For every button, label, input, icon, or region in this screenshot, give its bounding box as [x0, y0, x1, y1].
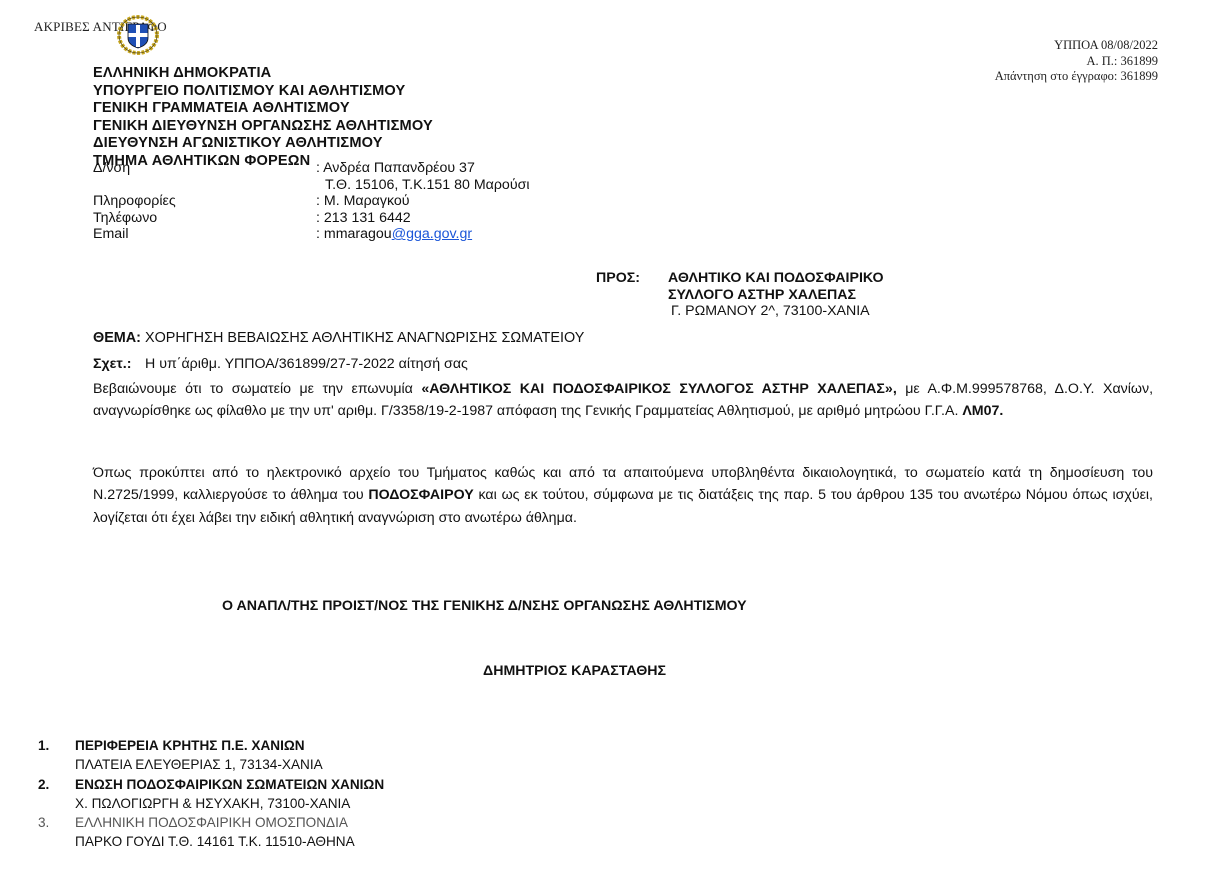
item-number: 3.	[38, 813, 75, 832]
list-item: 3. ΕΛΛΗΝΙΚΗ ΠΟΔΟΣΦΑΙΡΙΚΗ ΟΜΟΣΠΟΝΔΙΑ	[38, 813, 384, 832]
address-label: Δ/νση	[93, 160, 316, 177]
address-value-line2: Τ.Θ. 15106, Τ.Κ.151 80 Μαρούσι	[316, 177, 529, 194]
info-value: : Μ. Μαραγκού	[316, 193, 410, 210]
registry-number: ΛΜ07.	[962, 403, 1003, 419]
item-number: 1.	[38, 736, 75, 755]
recipient-address: Γ. ΡΩΜΑΝΟΥ 2^, 73100-ΧΑΝΙΑ	[596, 303, 884, 320]
signatory-title: Ο ΑΝΑΠΛ/ΤΗΣ ΠΡΟΙΣΤ/ΝΟΣ ΤΗΣ ΓΕΝΙΚΗΣ Δ/ΝΣΗ…	[222, 598, 747, 614]
authority-line: ΕΛΛΗΝΙΚΗ ΔΗΜΟΚΡΑΤΙΑ	[93, 65, 433, 83]
contact-details: Δ/νση : Ανδρέα Παπανδρέου 37 Τ.Θ. 15106,…	[93, 160, 529, 243]
protocol-date: ΥΠΠΟΑ 08/08/2022	[1054, 38, 1158, 53]
distribution-list: 1. ΠΕΡΙΦΕΡΕΙΑ ΚΡΗΤΗΣ Π.Ε. ΧΑΝΙΩΝ ΠΛΑΤΕΙΑ…	[38, 736, 384, 852]
club-name: «ΑΘΛΗΤΙΚΟΣ ΚΑΙ ΠΟΔΟΣΦΑΙΡΙΚΟΣ ΣΥΛΛΟΓΟΣ ΑΣ…	[421, 381, 896, 397]
item-number: 2.	[38, 775, 75, 794]
info-label: Πληροφορίες	[93, 193, 316, 210]
item-address: ΠΛΑΤΕΙΑ ΕΛΕΥΘΕΡΙΑΣ 1, 73134-ΧΑΝΙΑ	[38, 755, 384, 774]
address-value: : Ανδρέα Παπανδρέου 37	[316, 160, 475, 177]
subject-line: ΘΕΜΑ: ΧΟΡΗΓΗΣΗ ΒΕΒΑΙΩΣΗΣ ΑΘΛΗΤΙΚΗΣ ΑΝΑΓΝ…	[93, 330, 584, 346]
list-item: 1. ΠΕΡΙΦΕΡΕΙΑ ΚΡΗΤΗΣ Π.Ε. ΧΑΝΙΩΝ	[38, 736, 384, 755]
item-name: ΠΕΡΙΦΕΡΕΙΑ ΚΡΗΤΗΣ Π.Ε. ΧΑΝΙΩΝ	[75, 736, 305, 755]
issuing-authority: ΕΛΛΗΝΙΚΗ ΔΗΜΟΚΡΑΤΙΑ ΥΠΟΥΡΓΕΙΟ ΠΟΛΙΤΙΣΜΟΥ…	[93, 65, 433, 170]
body-text: Βεβαιώνουμε ότι το σωματείο με την επωνυ…	[93, 381, 421, 397]
related-line: Σχετ.:Η υπ΄άριθμ. ΥΠΠΟΑ/361899/27-7-2022…	[93, 356, 468, 372]
email-prefix: : mmaragou	[316, 226, 392, 242]
related-label: Σχετ.:	[93, 356, 145, 372]
email-value: : mmaragou@gga.gov.gr	[316, 226, 472, 243]
email-link[interactable]: @gga.gov.gr	[392, 226, 472, 242]
recipient-label: ΠΡΟΣ:	[596, 270, 668, 287]
subject-text: ΧΟΡΗΓΗΣΗ ΒΕΒΑΙΩΣΗΣ ΑΘΛΗΤΙΚΗΣ ΑΝΑΓΝΩΡΙΣΗΣ…	[141, 330, 584, 346]
subject-label: ΘΕΜΑ:	[93, 330, 141, 346]
signatory-name: ΔΗΜΗΤΡΙΟΣ ΚΑΡΑΣΤΑΘΗΣ	[483, 663, 666, 679]
protocol-number: Α. Π.: 361899	[1086, 54, 1158, 69]
item-name: ΕΛΛΗΝΙΚΗ ΠΟΔΟΣΦΑΙΡΙΚΗ ΟΜΟΣΠΟΝΔΙΑ	[75, 813, 348, 832]
recipient-name-line1: ΑΘΛΗΤΙΚΟ ΚΑΙ ΠΟΔΟΣΦΑΙΡΙΚΟ	[668, 270, 884, 286]
body-paragraph-1: Βεβαιώνουμε ότι το σωματείο με την επωνυ…	[93, 378, 1153, 423]
list-item: 2. ΕΝΩΣΗ ΠΟΔΟΣΦΑΙΡΙΚΩΝ ΣΩΜΑΤΕΙΩΝ ΧΑΝΙΩΝ	[38, 775, 384, 794]
greek-coat-of-arms-icon	[117, 14, 159, 56]
item-address: Χ. ΠΩΛΟΓΙΩΡΓΗ & ΗΣΥΧΑΚΗ, 73100-ΧΑΝΙΑ	[38, 794, 384, 813]
item-address: ΠΑΡΚΟ ΓΟΥΔΙ Τ.Θ. 14161 Τ.Κ. 11510-ΑΘΗΝΑ	[38, 832, 384, 851]
body-paragraph-2: Όπως προκύπτει από το ηλεκτρονικό αρχείο…	[93, 462, 1153, 529]
phone-label: Τηλέφωνο	[93, 210, 316, 227]
sport-name: ΠΟΔΟΣΦΑΙΡΟΥ	[368, 487, 473, 503]
related-text: Η υπ΄άριθμ. ΥΠΠΟΑ/361899/27-7-2022 αίτησ…	[145, 356, 468, 372]
reply-reference: Απάντηση στο έγγραφο: 361899	[995, 69, 1158, 84]
email-label: Email	[93, 226, 316, 243]
item-name: ΕΝΩΣΗ ΠΟΔΟΣΦΑΙΡΙΚΩΝ ΣΩΜΑΤΕΙΩΝ ΧΑΝΙΩΝ	[75, 775, 384, 794]
recipient-name-line2: ΣΥΛΛΟΓΟ ΑΣΤΗΡ ΧΑΛΕΠΑΣ	[596, 287, 884, 304]
authority-line: ΓΕΝΙΚΗ ΓΡΑΜΜΑΤΕΙΑ ΑΘΛΗΤΙΣΜΟΥ	[93, 100, 433, 118]
recipient-block: ΠΡΟΣ:ΑΘΛΗΤΙΚΟ ΚΑΙ ΠΟΔΟΣΦΑΙΡΙΚΟ ΣΥΛΛΟΓΟ Α…	[596, 270, 884, 320]
authority-line: ΥΠΟΥΡΓΕΙΟ ΠΟΛΙΤΙΣΜΟΥ ΚΑΙ ΑΘΛΗΤΙΣΜΟΥ	[93, 83, 433, 101]
phone-value: : 213 131 6442	[316, 210, 411, 227]
authority-line: ΔΙΕΥΘΥΝΣΗ ΑΓΩΝΙΣΤΙΚΟΥ ΑΘΛΗΤΙΣΜΟΥ	[93, 135, 433, 153]
authority-line: ΓΕΝΙΚΗ ΔΙΕΥΘΥΝΣΗ ΟΡΓΑΝΩΣΗΣ ΑΘΛΗΤΙΣΜΟΥ	[93, 118, 433, 136]
